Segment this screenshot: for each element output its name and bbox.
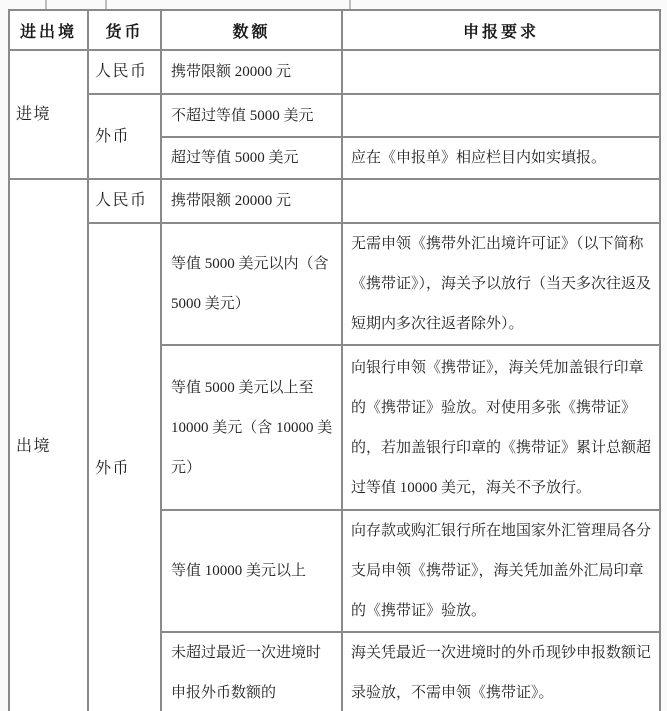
amount-cell: 等值 10000 美元以上 — [161, 510, 342, 632]
currency-cell: 人民币 — [88, 179, 161, 223]
amount-cell: 不超过等值 5000 美元 — [161, 94, 342, 137]
table-row: 外币 不超过等值 5000 美元 — [9, 94, 660, 137]
amount-cell: 未超过最近一次进境时申报外币数额的 — [161, 632, 342, 711]
currency-declaration-table: 进出境 货币 数额 申报要求 进境 人民币 携带限额 20000 元 外币 不超… — [8, 9, 661, 711]
currency-cell: 外币 — [88, 94, 161, 179]
document-page: 进出境 货币 数额 申报要求 进境 人民币 携带限额 20000 元 外币 不超… — [0, 0, 667, 711]
header-row: 进出境 货币 数额 申报要求 — [9, 10, 660, 50]
amount-cell: 超过等值 5000 美元 — [161, 137, 342, 179]
requirement-cell: 无需申领《携带外汇出境许可证》（以下简称《携带证》），海关予以放行（当天多次往返… — [342, 223, 660, 345]
table-row: 出境 人民币 携带限额 20000 元 — [9, 179, 660, 223]
currency-cell: 外币 — [88, 223, 161, 711]
requirement-cell: 应在《申报单》相应栏目内如实填报。 — [342, 137, 660, 179]
amount-cell: 携带限额 20000 元 — [161, 179, 342, 223]
col-header-requirement: 申报要求 — [342, 10, 660, 50]
table-row: 进境 人民币 携带限额 20000 元 — [9, 50, 660, 94]
direction-cell-entry: 进境 — [9, 50, 88, 179]
col-header-amount: 数额 — [161, 10, 342, 50]
requirement-cell: 向存款或购汇银行所在地国家外汇管理局各分支局申领《携带证》，海关凭加盖外汇局印章… — [342, 510, 660, 632]
amount-cell: 等值 5000 美元以内（含 5000 美元） — [161, 223, 342, 345]
requirement-cell — [342, 179, 660, 223]
requirement-cell: 向银行申领《携带证》，海关凭加盖银行印章的《携带证》验放。对使用多张《携带证》的… — [342, 345, 660, 510]
amount-cell: 携带限额 20000 元 — [161, 50, 342, 94]
direction-cell-exit: 出境 — [9, 179, 88, 711]
amount-cell: 等值 5000 美元以上至 10000 美元（含 10000 美元） — [161, 345, 342, 510]
col-header-currency: 货币 — [88, 10, 161, 50]
requirement-cell — [342, 94, 660, 137]
requirement-cell — [342, 50, 660, 94]
currency-cell: 人民币 — [88, 50, 161, 94]
col-header-direction: 进出境 — [9, 10, 88, 50]
table-row: 外币 等值 5000 美元以内（含 5000 美元） 无需申领《携带外汇出境许可… — [9, 223, 660, 345]
requirement-cell: 海关凭最近一次进境时的外币现钞申报数额记录验放，不需申领《携带证》。 — [342, 632, 660, 711]
